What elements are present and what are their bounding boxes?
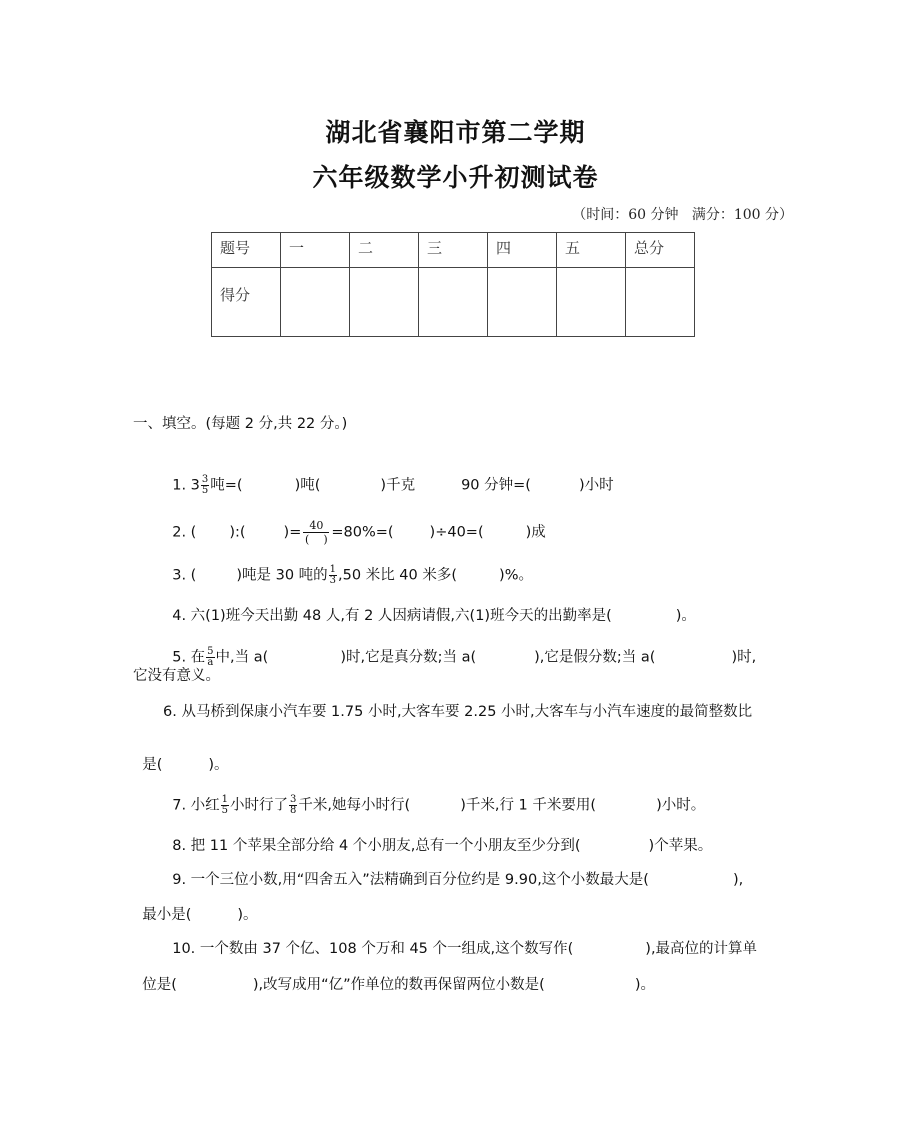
- score-cell: [626, 268, 695, 337]
- header-cell: 三: [419, 233, 488, 268]
- question-4: 4. 六(1)班今天出勤 48 人,有 2 人因病请假,六(1)班今天的出勤率是…: [163, 586, 696, 626]
- question-9: 9. 一个三位小数,用“四舍五入”法精确到百分位约是 9.90,这个小数最大是(…: [163, 850, 743, 890]
- fraction: 35: [201, 475, 209, 496]
- question-2: 2. ():()=40( )=80%=()÷40=()成: [163, 499, 546, 546]
- score-cell: [419, 268, 488, 337]
- row-label: 得分: [212, 268, 281, 337]
- header-cell: 五: [557, 233, 626, 268]
- question-6: 6. 从马桥到保康小汽车要 1.75 小时,大客车要 2.25 小时,大客车与小…: [163, 702, 752, 722]
- question-5: 5. 在5a中,当 a()时,它是真分数;当 a(),它是假分数;当 a()时,: [163, 627, 756, 668]
- fraction: 38: [289, 795, 297, 816]
- exam-title-line2: 六年级数学小升初测试卷: [0, 158, 911, 194]
- question-10-continued: 位是(),改写成用“亿”作单位的数再保留两位小数是()。: [133, 955, 655, 995]
- header-cell: 一: [281, 233, 350, 268]
- exam-info: （时间：60 分钟 满分：100 分）: [572, 204, 793, 224]
- header-cell: 题号: [212, 233, 281, 268]
- question-5-continued: 它没有意义。: [133, 666, 220, 686]
- score-table-score-row: 得分: [212, 268, 695, 337]
- header-cell: 四: [488, 233, 557, 268]
- exam-title-line1: 湖北省襄阳市第二学期: [0, 113, 911, 149]
- score-cell: [557, 268, 626, 337]
- fraction: 5a: [206, 647, 214, 668]
- fraction: 15: [221, 795, 229, 816]
- question-7: 7. 小红15小时行了38千米,她每小时行()千米,行 1 千米要用()小时。: [163, 775, 705, 816]
- question-1: 1. 335吨=()吨()千克90 分钟=()小时: [163, 455, 614, 496]
- fraction: 40( ): [303, 519, 329, 546]
- score-table: 题号 一 二 三 四 五 总分 得分: [211, 232, 695, 337]
- score-cell: [281, 268, 350, 337]
- header-cell: 二: [350, 233, 419, 268]
- score-cell: [350, 268, 419, 337]
- header-cell: 总分: [626, 233, 695, 268]
- score-cell: [488, 268, 557, 337]
- fraction: 13: [329, 565, 337, 586]
- question-3: 3. ()吨是 30 吨的13,50 米比 40 米多()%。: [163, 545, 533, 586]
- question-10: 10. 一个数由 37 个亿、108 个万和 45 个一组成,这个数写作(),最…: [163, 919, 757, 959]
- question-6-continued: 是()。: [133, 735, 229, 775]
- section-heading: 一、填空。(每题 2 分,共 22 分。): [133, 414, 347, 434]
- score-table-header-row: 题号 一 二 三 四 五 总分: [212, 233, 695, 268]
